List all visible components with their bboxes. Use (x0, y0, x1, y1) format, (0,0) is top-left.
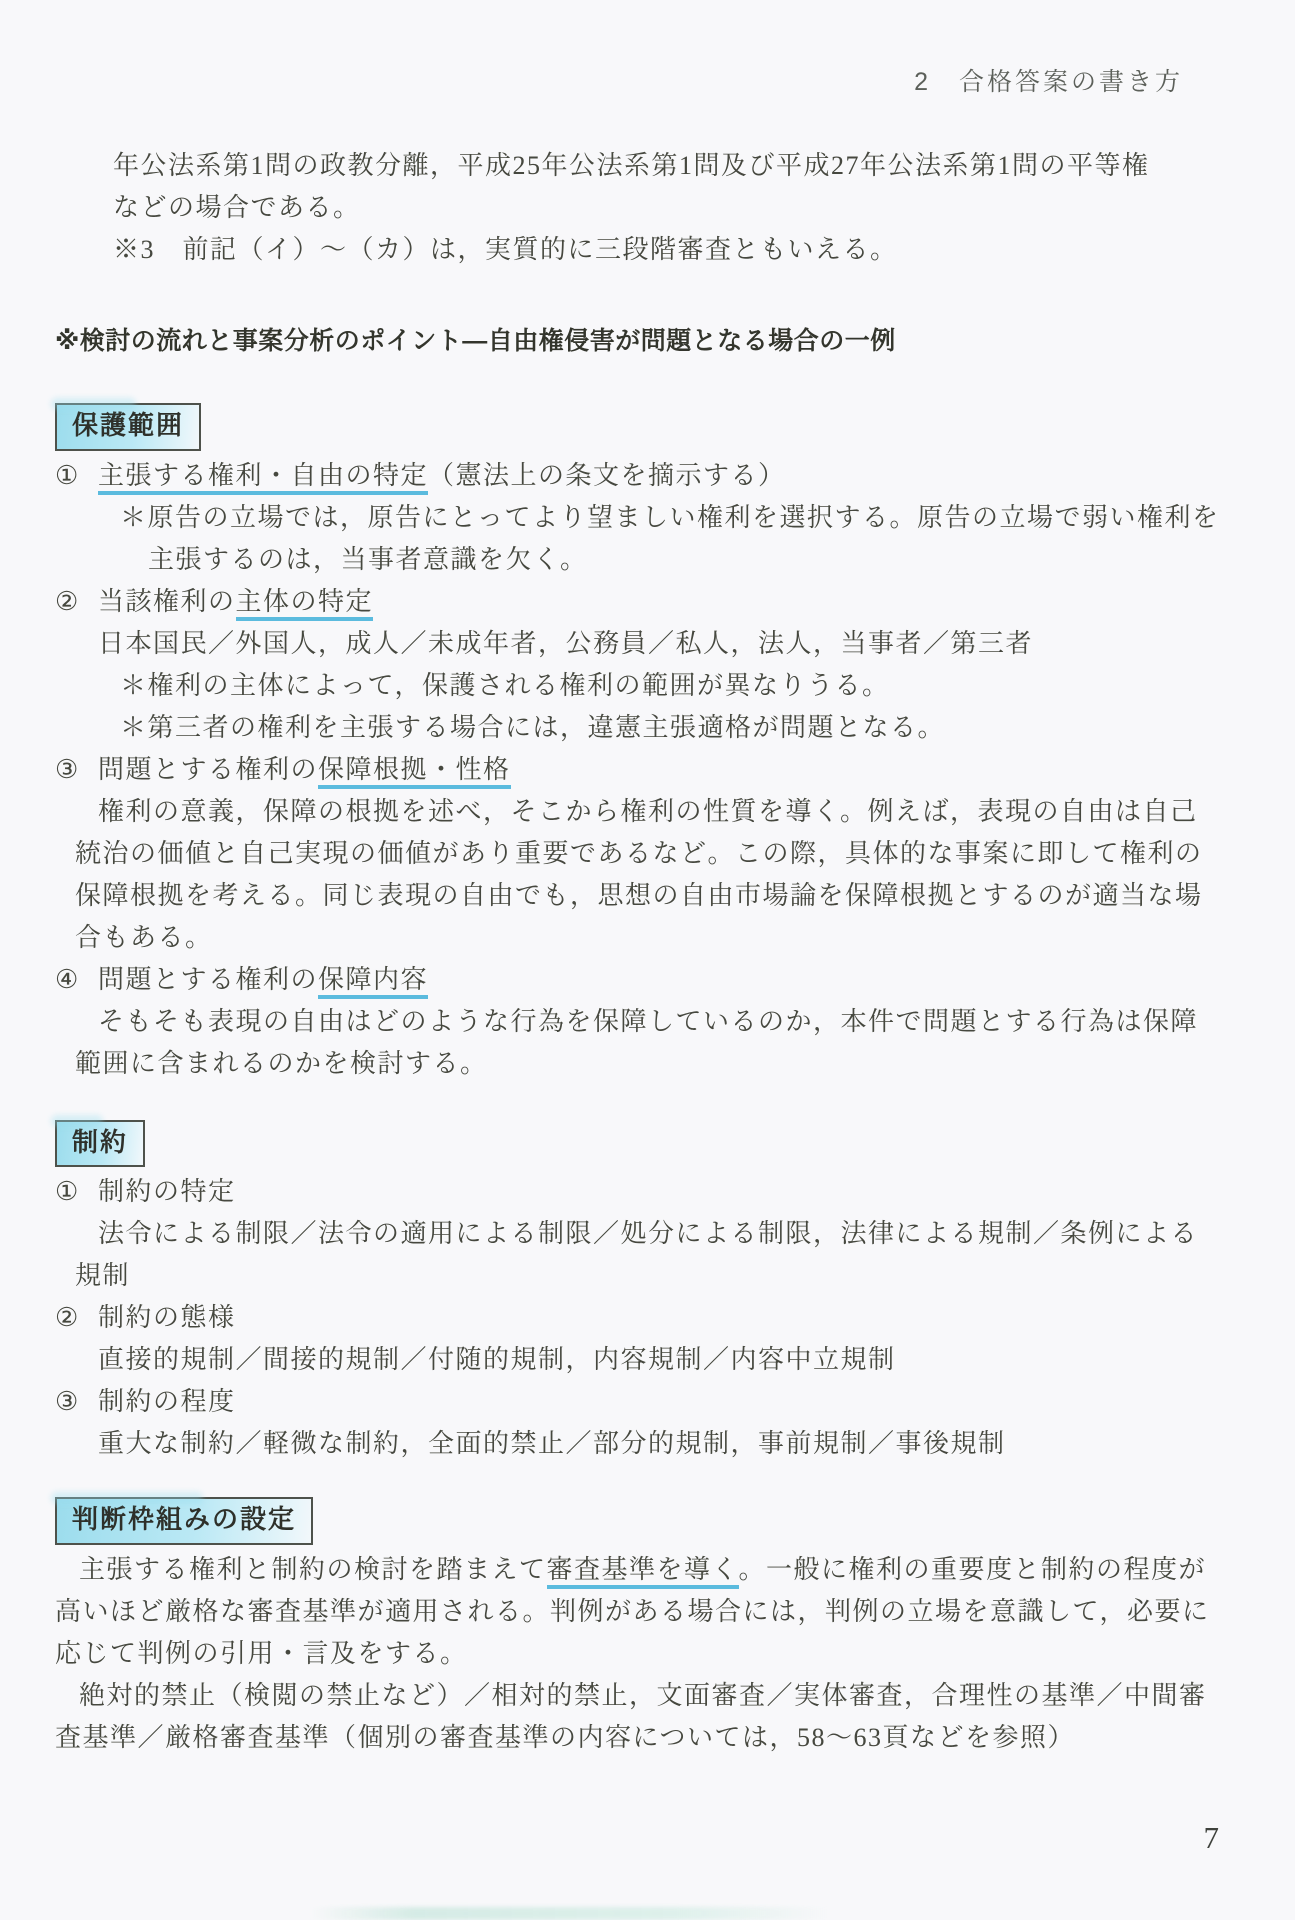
underlined-phrase: 主張する権利・自由の特定 (98, 461, 428, 495)
body-line: 範囲に含まれるのかを検討する。 (75, 1043, 1255, 1085)
intro-line-1: 年公法系第1問の政教分離，平成25年公法系第1問及び平成27年公法系第1問の平等… (113, 145, 1255, 187)
list-item-title: ③問題とする権利の保障根拠・性格 (55, 749, 1255, 791)
note-line: ＊第三者の権利を主張する場合には，違憲主張適格が問題となる。 (120, 707, 1255, 749)
body-line: 合もある。 (75, 917, 1255, 959)
underlined-phrase: 主体の特定 (236, 587, 374, 621)
restriction-label: 制約 (72, 1127, 128, 1157)
list-item-title: ②制約の態様 (55, 1297, 1255, 1339)
underlined-phrase: 審査基準を導く (547, 1555, 739, 1589)
restriction-label-box: 制約 (55, 1120, 145, 1168)
item-number: ③ (55, 749, 98, 791)
item-number: ② (55, 1297, 98, 1339)
protection-label: 保護範囲 (72, 410, 184, 440)
page-content: 年公法系第1問の政教分離，平成25年公法系第1問及び平成27年公法系第1問の平等… (55, 145, 1255, 1759)
paragraph-post: 。一般に権利の重要度と制約の程度が (739, 1555, 1207, 1584)
item-title-pre: 問題とする権利の (98, 965, 318, 994)
body-line: 保障根拠を考える。同じ表現の自由でも，思想の自由市場論を保障根拠とするのが適当な… (75, 875, 1255, 917)
body-line: 法令による制限／法令の適用による制限／処分による制限，法律による規制／条例による (98, 1213, 1255, 1255)
note-line: 主張するのは，当事者意識を欠く。 (148, 539, 1255, 581)
body-line: 応じて判例の引用・言及をする。 (55, 1633, 1255, 1675)
item-number: ① (55, 1171, 98, 1213)
underlined-phrase: 保障根拠・性格 (318, 755, 511, 789)
list-item-title: ④問題とする権利の保障内容 (55, 959, 1255, 1001)
page-number: 7 (1204, 1820, 1220, 1856)
protection-label-row: 保護範囲 (55, 403, 1255, 455)
footnote-note3: ※3 前記（イ）～（カ）は，実質的に三段階審査ともいえる。 (113, 229, 1255, 271)
note-line: ＊権利の主体によって，保護される権利の範囲が異なりうる。 (120, 665, 1255, 707)
body-line: 主張する権利と制約の検討を踏まえて審査基準を導く。一般に権利の重要度と制約の程度… (79, 1549, 1255, 1591)
section-heading: ※検討の流れと事案分析のポイント―自由権侵害が問題となる場合の一例 (55, 321, 1255, 361)
item-title-pre: 当該権利の (98, 587, 236, 616)
underlined-phrase: 保障内容 (318, 965, 428, 999)
body-line: 直接的規制／間接的規制／付随的規制，内容規制／内容中立規制 (98, 1339, 1255, 1381)
body-line: 査基準／厳格審査基準（個別の審査基準の内容については，58～63頁などを参照） (55, 1717, 1255, 1759)
list-item-title: ③制約の程度 (55, 1381, 1255, 1423)
body-line: 重大な制約／軽微な制約，全面的禁止／部分的規制，事前規制／事後規制 (98, 1423, 1255, 1465)
framework-label: 判断枠組みの設定 (72, 1504, 296, 1534)
item-title-pre: 問題とする権利の (98, 755, 318, 784)
item-number: ③ (55, 1381, 98, 1423)
item-title: 制約の態様 (98, 1303, 236, 1332)
body-line: そもそも表現の自由はどのような行為を保障しているのか，本件で問題とする行為は保障 (98, 1001, 1255, 1043)
body-line: 絶対的禁止（検閲の禁止など）／相対的禁止，文面審査／実体審査，合理性の基準／中間… (79, 1675, 1255, 1717)
item-number: ④ (55, 959, 98, 1001)
body-line: 統治の価値と自己実現の価値があり重要であるなど。この際，具体的な事案に即して権利… (75, 833, 1255, 875)
protection-label-box: 保護範囲 (55, 403, 201, 451)
item-number: ② (55, 581, 98, 623)
body-line: 権利の意義，保障の根拠を述べ，そこから権利の性質を導く。例えば，表現の自由は自己 (98, 791, 1255, 833)
highlighter-smear-artifact (310, 1907, 830, 1920)
running-header: 2 合格答案の書き方 (914, 62, 1183, 98)
list-item-title: ①制約の特定 (55, 1171, 1255, 1213)
list-item-title: ①主張する権利・自由の特定（憲法上の条文を摘示する） (55, 455, 1255, 497)
list-item-title: ②当該権利の主体の特定 (55, 581, 1255, 623)
item-title: 制約の特定 (98, 1177, 236, 1206)
intro-line-2: などの場合である。 (113, 187, 1255, 229)
body-line: 日本国民／外国人，成人／未成年者，公務員／私人，法人，当事者／第三者 (98, 623, 1255, 665)
framework-label-row: 判断枠組みの設定 (55, 1497, 1255, 1549)
restriction-label-row: 制約 (55, 1120, 1255, 1172)
body-line: 高いほど厳格な審査基準が適用される。判例がある場合には，判例の立場を意識して，必… (55, 1591, 1255, 1633)
item-number: ① (55, 455, 98, 497)
textbook-page: 2 合格答案の書き方 年公法系第1問の政教分離，平成25年公法系第1問及び平成2… (0, 0, 1295, 1920)
item-title-rest: （憲法上の条文を摘示する） (428, 461, 786, 490)
note-line: ＊原告の立場では，原告にとってより望ましい権利を選択する。原告の立場で弱い権利を (120, 497, 1255, 539)
item-title: 制約の程度 (98, 1387, 236, 1416)
framework-label-box: 判断枠組みの設定 (55, 1497, 313, 1545)
body-line: 規制 (75, 1255, 1255, 1297)
paragraph-pre: 主張する権利と制約の検討を踏まえて (79, 1555, 547, 1584)
